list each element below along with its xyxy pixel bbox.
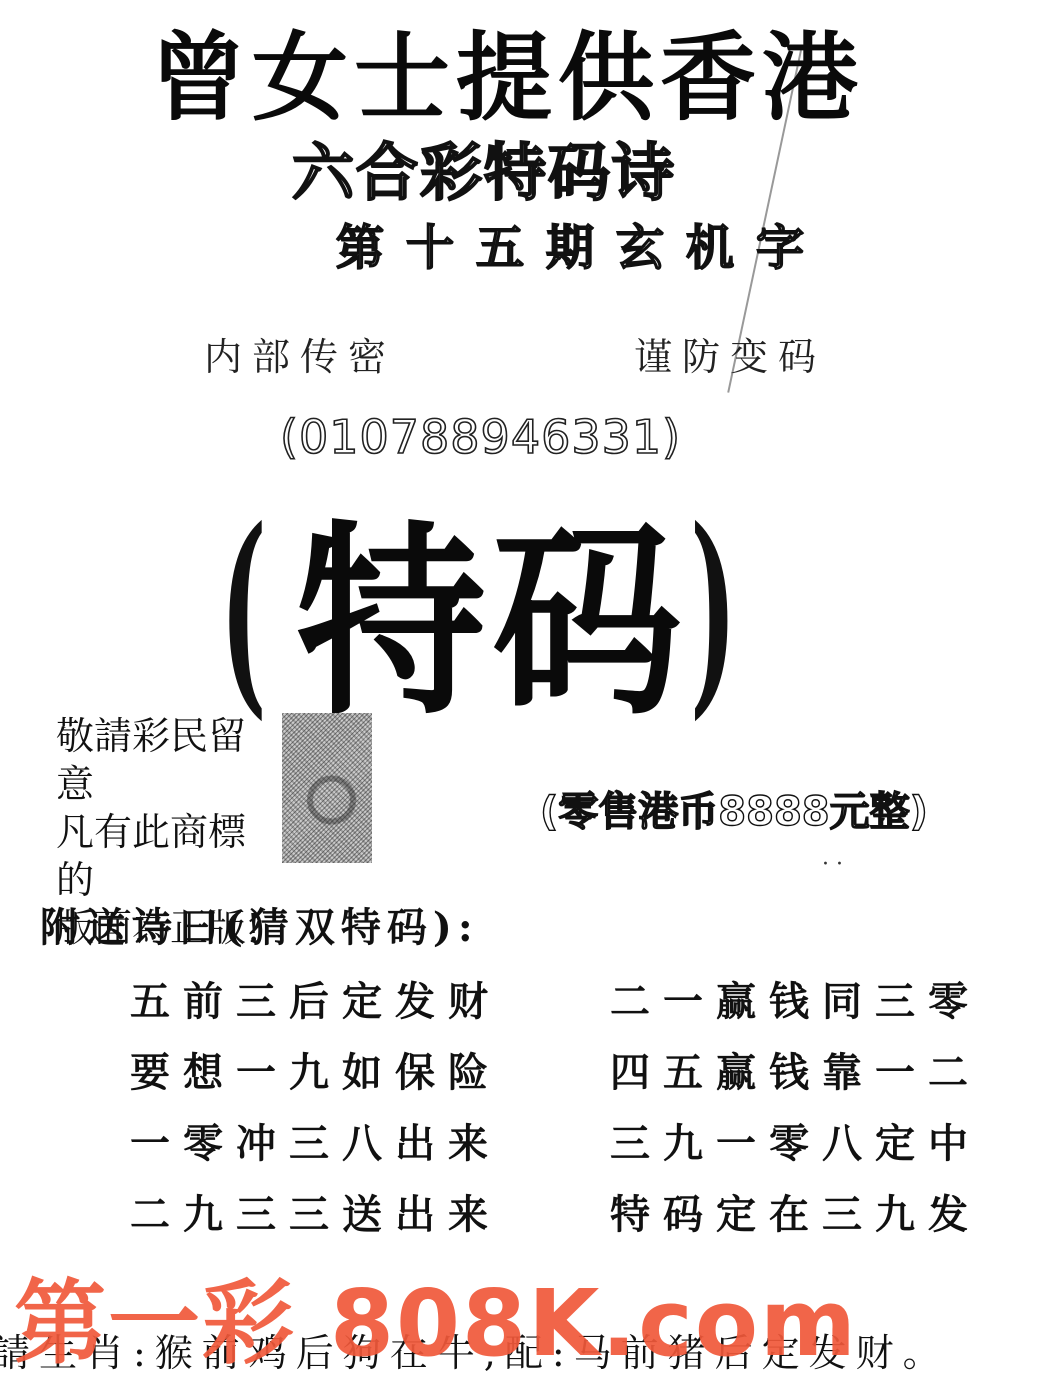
poem-line: 要想一九如保险 [130,1037,501,1108]
big-paren-right: ) [690,500,737,720]
poem-line: 二一赢钱同三零 [610,966,981,1037]
phone-number: (0107889463​31) [280,414,681,460]
retail-price: (零售港币8888元整) [540,792,928,832]
decorative-dots: · · [822,852,843,877]
trademark-logo-icon [282,713,372,863]
poem-line: 四五赢钱靠一二 [610,1037,981,1108]
site-watermark: 第一彩 808K.com [14,1278,858,1370]
page-title: 曾女士提供香港 [150,30,864,126]
page-subtitle: 六合彩特码诗 [292,142,676,204]
poem-heading: 附送诗曰(猜双特码): [40,896,479,953]
big-title-tema: 特码 [296,520,688,725]
poem-right-column: 二一赢钱同三零 四五赢钱靠一二 三九一零八定中 特码定在三九发 [610,966,981,1250]
poem-line: 二九三三送出来 [130,1179,501,1250]
poem-line: 三九一零八定中 [610,1108,981,1179]
poem-left-column: 五前三后定发财 要想一九如保险 一零冲三八出来 二九三三送出来 [130,966,501,1250]
issue-label: 第十五期玄机字 [336,224,826,272]
poem-line: 特码定在三九发 [610,1179,981,1250]
poem-line: 一零冲三八出来 [130,1108,501,1179]
anti-change-label: 谨防变码 [634,326,826,381]
big-paren-left: ( [220,500,267,720]
internal-secret-label: 内部传密 [204,326,396,381]
notice-line: 敬請彩民留意 [56,712,276,808]
poem-line: 五前三后定发财 [130,966,501,1037]
notice-line: 凡有此商標的 [56,808,276,904]
